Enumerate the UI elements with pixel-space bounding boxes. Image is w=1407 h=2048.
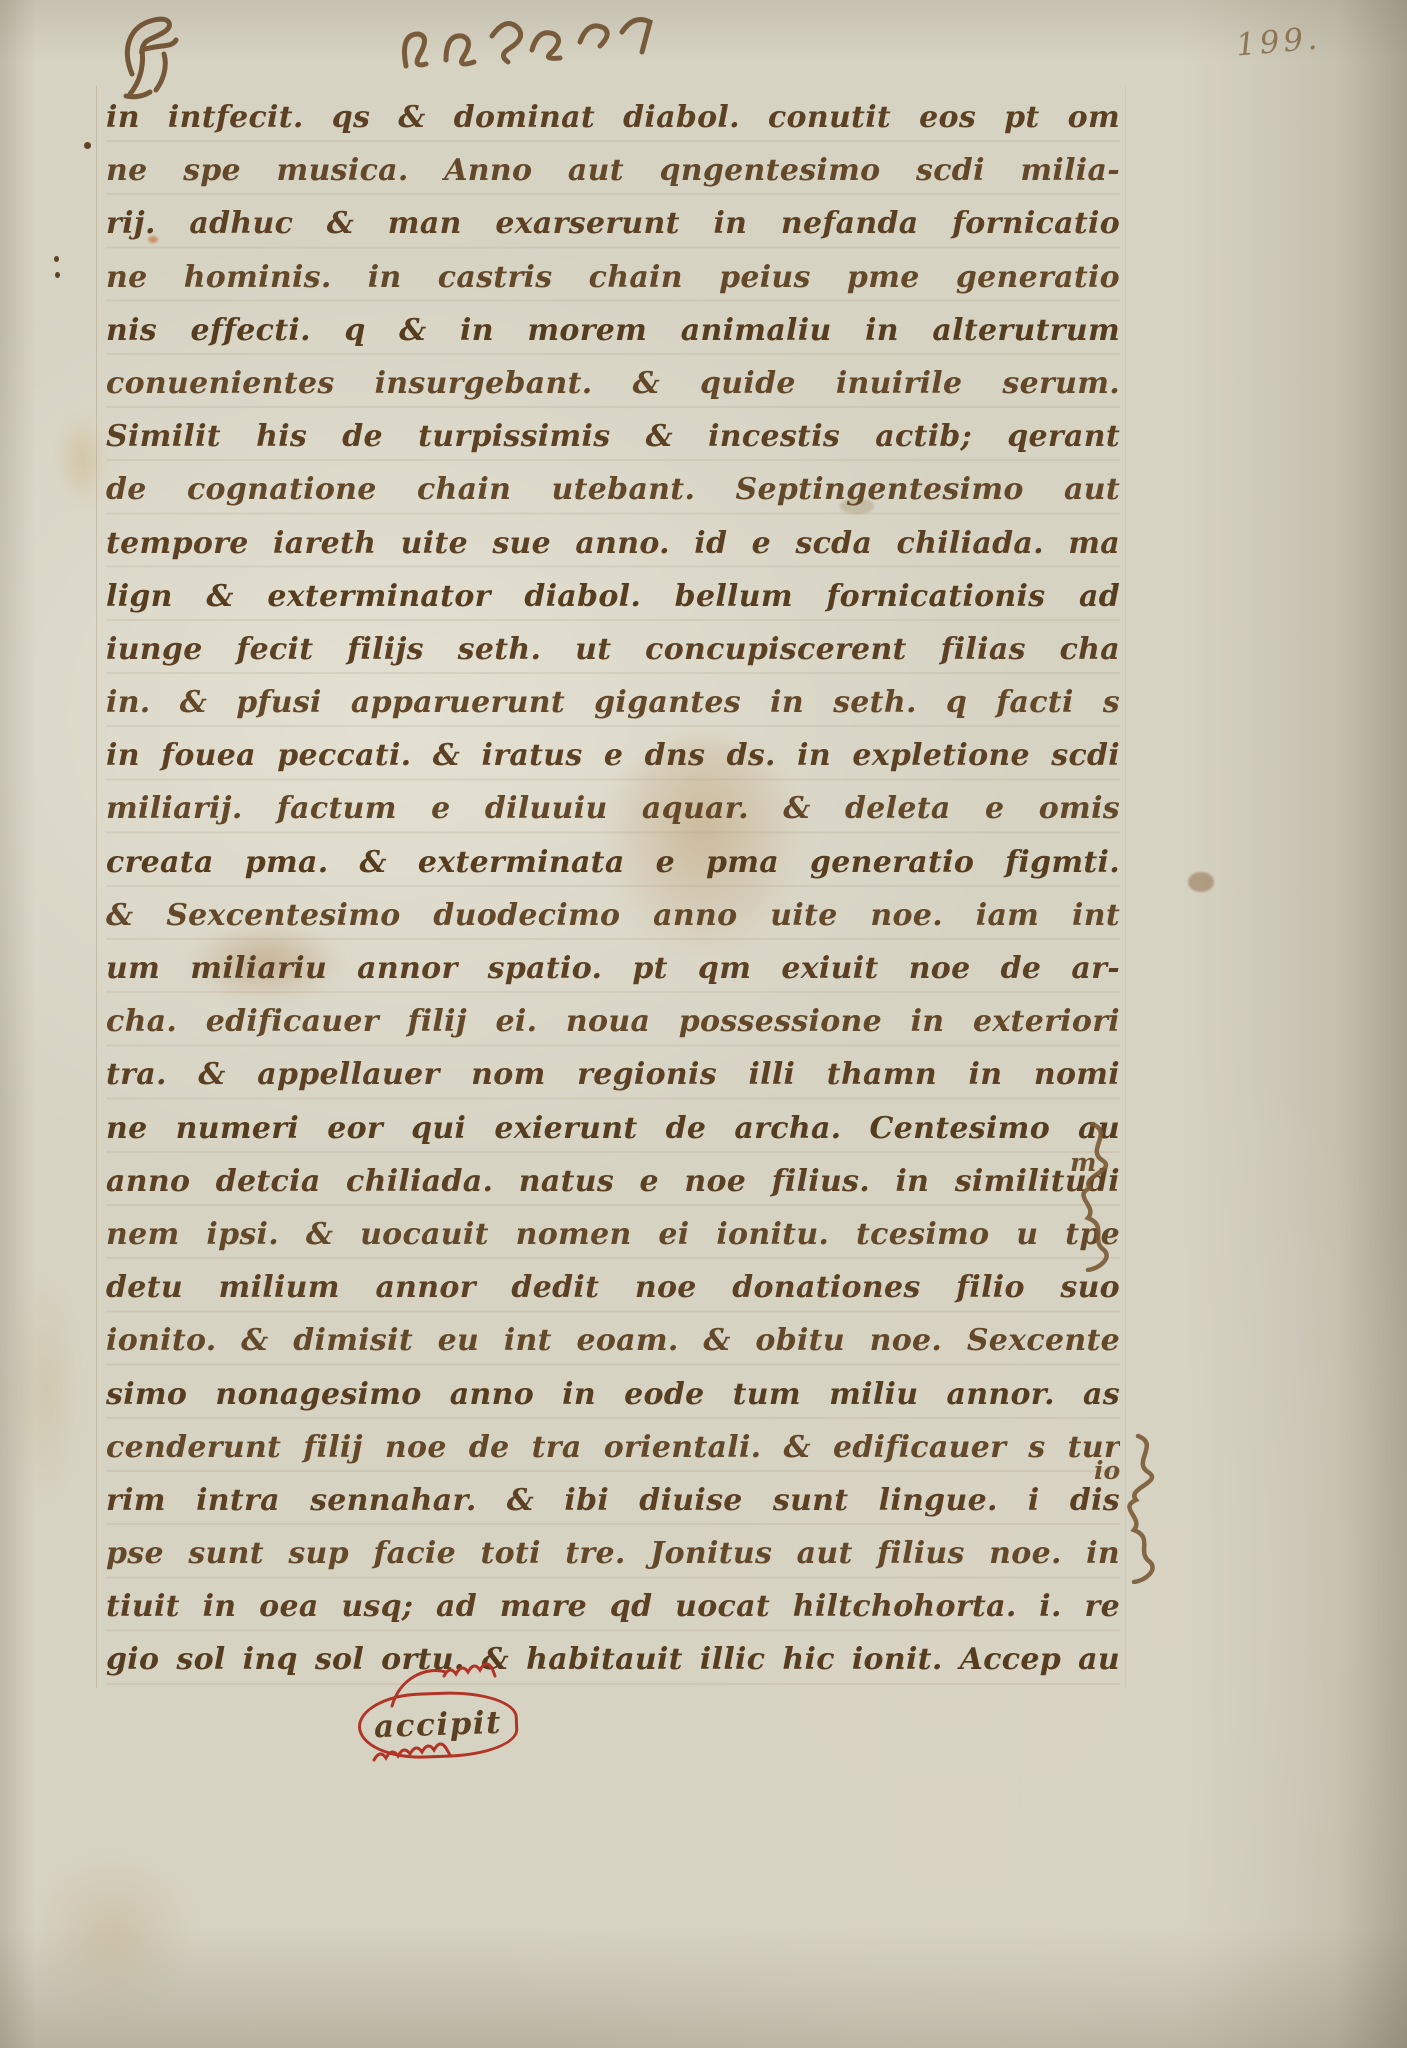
rubric-accipit: accipit: [373, 1705, 502, 1745]
text-line: tempore iareth uite sue anno. id e scda …: [106, 518, 1120, 571]
text-line: ne hominis. in castris chain peius pme g…: [106, 252, 1120, 305]
text-line: Similit his de turpissimis & incestis ac…: [106, 411, 1120, 464]
margin-note: io: [1094, 1456, 1120, 1485]
text-line: nem ipsi. & uocauit nomen ei ionitu. tce…: [106, 1209, 1120, 1262]
text-block: in intfecit. qs & dominat diabol. conuti…: [106, 92, 1120, 1688]
text-line: rim intra sennahar. & ibi diuise sunt li…: [106, 1475, 1120, 1528]
parchment-stain: [28, 1852, 198, 2012]
parchment-stain: [58, 412, 106, 507]
text-line: de cognatione chain utebant. Septingente…: [106, 464, 1120, 517]
text-line: simo nonagesimo anno in eode tum miliu a…: [106, 1369, 1120, 1422]
text-line: nis effecti. q & in morem animaliu in al…: [106, 305, 1120, 358]
margin-note: m: [1070, 1148, 1096, 1177]
margin-flourish-brace-icon: [1108, 1432, 1172, 1584]
text-line: tiuit in oea usq; ad mare qd uocat hiltc…: [106, 1581, 1120, 1634]
margin-flourish-brace-icon: [1062, 1120, 1126, 1272]
text-line: in fouea peccati. & iratus e dns ds. in …: [106, 730, 1120, 783]
text-line: miliarij. factum e diluuiu aquar. & dele…: [106, 783, 1120, 836]
text-line: pse sunt sup facie toti tre. Jonitus aut…: [106, 1528, 1120, 1581]
text-line: ne numeri eor qui exierunt de archa. Cen…: [106, 1103, 1120, 1156]
text-line: iunge fecit filijs seth. ut concupiscere…: [106, 624, 1120, 677]
text-line: & Sexcentesimo duodecimo anno uite noe. …: [106, 890, 1120, 943]
text-line: cha. edificauer filij ei. noua possessio…: [106, 996, 1120, 1049]
text-line: lign & exterminator diabol. bellum forni…: [106, 571, 1120, 624]
text-line: cenderunt filij noe de tra orientali. & …: [106, 1422, 1120, 1475]
folio-number: 199.: [1235, 20, 1323, 63]
cursive-inscription-mark: [392, 8, 668, 90]
text-line: anno detcia chiliada. natus e noe filius…: [106, 1156, 1120, 1209]
text-line: creata pma. & exterminata e pma generati…: [106, 837, 1120, 890]
text-line: ionito. & dimisit eu int eoam. & obitu n…: [106, 1315, 1120, 1368]
ink-dot: [54, 256, 59, 262]
manuscript-page: { "page": { "folio_number": "199.", "par…: [0, 0, 1407, 2048]
ink-dot: [55, 272, 60, 278]
parchment-speck: [1188, 872, 1214, 892]
text-line: tra. & appellauer nom regionis illi tham…: [106, 1049, 1120, 1102]
text-line: detu milium annor dedit noe donationes f…: [106, 1262, 1120, 1315]
ink-dot: [84, 142, 91, 149]
text-line: rij. adhuc & man exarserunt in nefanda f…: [106, 198, 1120, 251]
text-line: gio sol inq sol ortu. & habitauit illic …: [106, 1634, 1120, 1687]
text-line: in intfecit. qs & dominat diabol. conuti…: [106, 92, 1120, 145]
text-line: ne spe musica. Anno aut qngentesimo scdi…: [106, 145, 1120, 198]
text-line: conuenientes insurgebant. & quide inuiri…: [106, 358, 1120, 411]
text-line: um miliariu annor spatio. pt qm exiuit n…: [106, 943, 1120, 996]
parchment-stain: [10, 1270, 80, 1510]
text-line: in. & pfusi apparuerunt gigantes in seth…: [106, 677, 1120, 730]
